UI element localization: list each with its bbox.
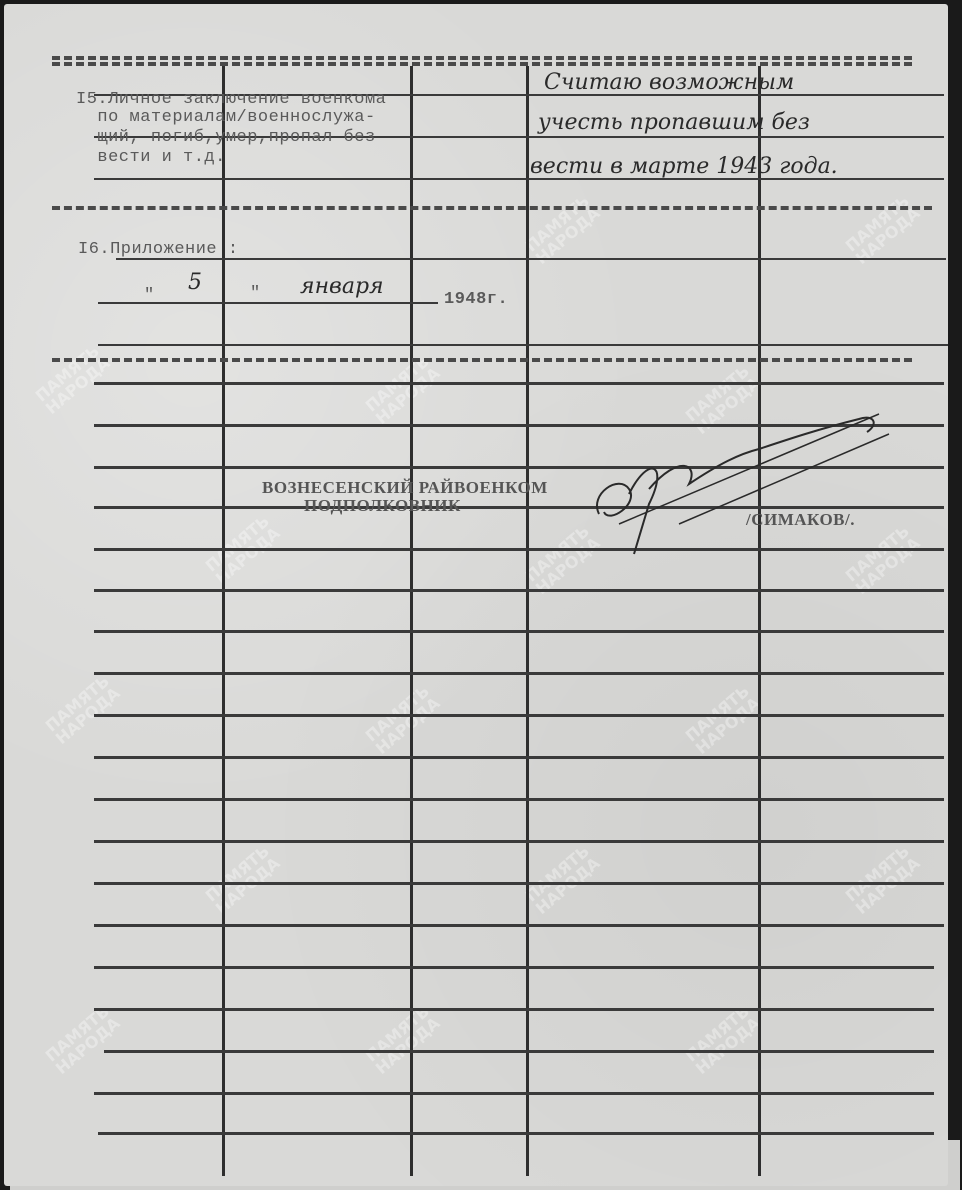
row-line [94, 756, 944, 759]
watermark: ПАМЯТЬНАРОДА [683, 683, 763, 757]
row-line [94, 589, 944, 592]
row-line [94, 630, 944, 633]
watermark: ПАМЯТЬНАРОДА [523, 843, 603, 917]
row-line [94, 798, 944, 801]
row-line [94, 882, 944, 885]
date-year: 1948г. [444, 290, 508, 309]
watermark: ПАМЯТЬНАРОДА [43, 673, 123, 747]
stamp-rank: ПОДПОЛКОВНИК [304, 496, 461, 516]
section-separator [52, 358, 912, 362]
date-month: января [300, 274, 384, 299]
row-line [94, 924, 944, 927]
conclusion-handwritten-line1: Считаю возможным [544, 70, 794, 95]
watermark: ПАМЯТЬНАРОДА [33, 343, 113, 417]
conclusion-handwritten-line2: учесть пропавшим без [538, 110, 810, 135]
row-line [94, 714, 944, 717]
item15-label-line4: вести и т.д. [76, 148, 226, 167]
conclusion-handwritten-line3: вести в марте 1943 года. [530, 154, 838, 179]
archival-document-page: ПАМЯТЬНАРОДА ПАМЯТЬНАРОДА ПАМЯТЬНАРОДА П… [4, 4, 948, 1186]
section-separator [52, 206, 932, 210]
item15-label-line2: по материалам/военнослужа- [76, 108, 376, 127]
row-line [94, 966, 934, 969]
row-line [94, 1092, 934, 1095]
row-line [94, 672, 944, 675]
handwritten-signature [589, 394, 909, 574]
item15-label-line1: I5.Личное заключение военкома [76, 90, 386, 109]
watermark: ПАМЯТЬНАРОДА [363, 1003, 443, 1077]
row-line [94, 840, 944, 843]
watermark: ПАМЯТЬНАРОДА [523, 193, 603, 267]
watermark: ПАМЯТЬНАРОДА [843, 193, 923, 267]
item15-label-line3: щий, погиб,умер,пропал без [76, 128, 376, 147]
date-underline [98, 302, 438, 304]
stamp-office: ВОЗНЕСЕНСКИЙ РАЙВОЕНКОМ [262, 478, 548, 498]
watermark: ПАМЯТЬНАРОДА [843, 843, 923, 917]
dashed-separator [52, 56, 912, 60]
row-line [94, 1008, 934, 1011]
watermark: ПАМЯТЬНАРОДА [363, 683, 443, 757]
row-line [116, 258, 946, 260]
item16-label: I6.Приложение : [78, 240, 239, 259]
watermark: ПАМЯТЬНАРОДА [203, 843, 283, 917]
row-line [104, 1050, 934, 1053]
watermark: ПАМЯТЬНАРОДА [363, 353, 443, 427]
watermark: ПАМЯТЬНАРОДА [43, 1003, 123, 1077]
row-line [98, 1132, 934, 1135]
row-line [94, 382, 944, 385]
dashed-separator [52, 62, 912, 66]
row-line [98, 344, 948, 346]
watermark: ПАМЯТЬНАРОДА [683, 1003, 763, 1077]
date-day: 5 [188, 270, 202, 295]
